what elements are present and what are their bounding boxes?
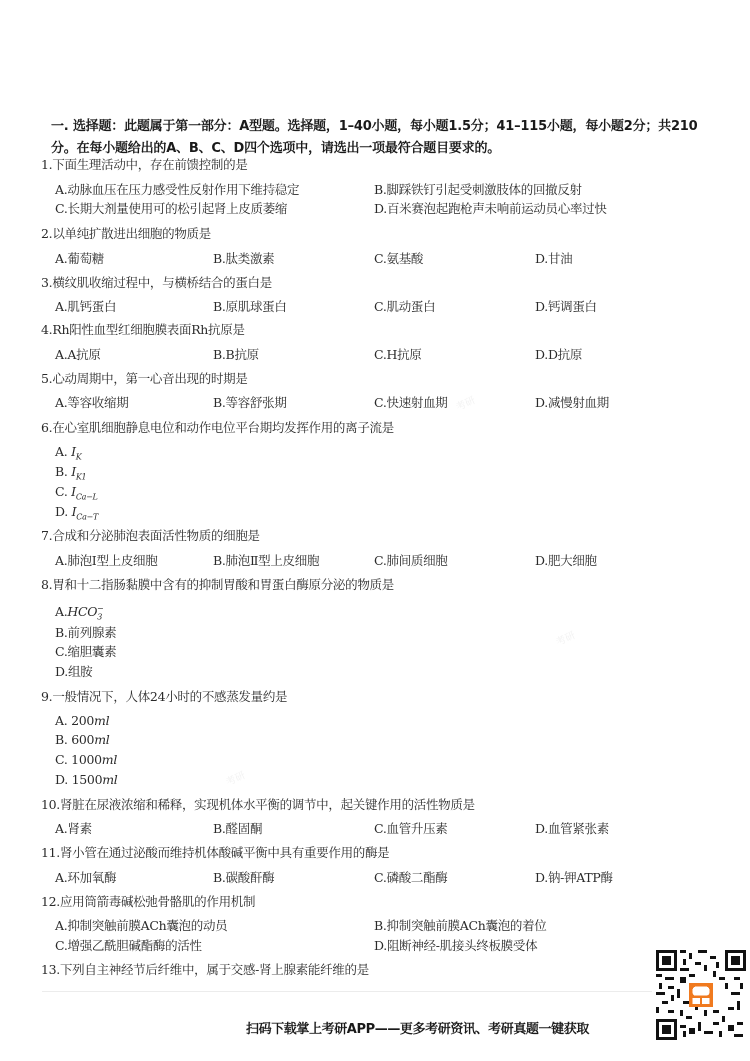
q8-option-a: A.HCO3− [55,600,103,627]
watermark: 考研 [553,626,577,648]
math-symbol: HCO [67,604,97,619]
question-1-stem: 1.下面生理活动中，存在前馈控制的是 [41,156,248,174]
footer-promo-text: 扫码下载掌上考研APP——更多考研资讯、考研真题一键获取 [246,1018,589,1037]
option-prefix: B. [55,464,71,479]
option-prefix: A. [55,604,67,619]
math-subscript: Ca−L [76,493,98,502]
q4-option-a: A.A抗原 [55,346,101,364]
q9-option-b: B. 600ml [55,731,109,749]
question-11-stem: 11.肾小管在通过泌酸而维持机体酸碱平衡中具有重要作用的酶是 [41,844,389,862]
question-12-stem: 12.应用筒箭毒碱松弛骨骼肌的作用机制 [41,893,255,911]
q9-option-d: D. 1500ml [55,771,118,789]
qr-code[interactable] [655,950,747,1040]
option-prefix: B. [55,732,71,747]
section-header: 一. 选择题：此题属于第一部分：A型题。选择题，1–40小题，每小题1.5分；4… [51,116,721,160]
watermark: 考研 [453,391,477,413]
q11-option-a: A.环加氧酶 [55,869,116,887]
math-superscript: − [97,604,103,613]
option-unit: ml [94,732,109,747]
question-8-stem: 8.胃和十二指肠黏膜中含有的抑制胃酸和胃蛋白酶原分泌的物质是 [41,576,394,594]
q3-option-a: A.肌钙蛋白 [55,298,116,316]
q4-option-b: B.B抗原 [213,346,259,364]
q8-option-d: D.组胺 [55,663,92,681]
option-prefix: C. [55,752,71,767]
q11-option-c: C.磷酸二酯酶 [374,869,448,887]
option-prefix: A. [55,713,71,728]
option-prefix: C. [55,484,71,499]
q1-option-b: B.脚踩铁钉引起受刺激肢体的回撤反射 [374,181,582,199]
q2-option-a: A.葡萄糖 [55,250,104,268]
q8-option-b: B.前列腺素 [55,624,116,642]
q5-option-d: D.减慢射血期 [535,394,609,412]
q5-option-c: C.快速射血期 [374,394,448,412]
q12-option-a: A.抑制突触前膜ACh囊泡的动员 [55,917,227,935]
question-2-stem: 2.以单纯扩散进出细胞的物质是 [41,225,211,243]
question-6-stem: 6.在心室肌细胞静息电位和动作电位平台期均发挥作用的离子流是 [41,419,394,437]
question-10-stem: 10.肾脏在尿液浓缩和稀释，实现机体水平衡的调节中，起关键作用的活性物质是 [41,796,475,814]
math-subscript: K1 [76,473,86,482]
q6-option-d: D. ICa−T [55,503,98,527]
q9-option-c: C. 1000ml [55,751,117,769]
q11-option-b: B.碳酸酐酶 [213,869,274,887]
question-5-stem: 5.心动周期中，第一心音出现的时期是 [41,370,248,388]
q3-option-c: C.肌动蛋白 [374,298,435,316]
q12-option-c: C.增强乙酰胆碱酯酶的活性 [55,937,202,955]
q7-option-a: A.肺泡Ⅰ型上皮细胞 [55,552,157,570]
option-value: 1500 [72,772,103,787]
math-subscript: 3 [97,613,102,622]
question-3-stem: 3.横纹肌收缩过程中，与横桥结合的蛋白是 [41,274,272,292]
question-4-stem: 4.Rh阳性血型红细胞膜表面Rh抗原是 [41,321,245,339]
q1-option-a: A.动脉血压在压力感受性反射作用下维持稳定 [55,181,299,199]
section-header-line-1: 一. 选择题：此题属于第一部分：A型题。选择题，1–40小题，每小题1.5分；4… [51,116,721,138]
option-prefix: A. [55,444,71,459]
q4-option-d: D.D抗原 [535,346,582,364]
option-value: 200 [71,713,94,728]
question-7-stem: 7.合成和分泌肺泡表面活性物质的细胞是 [41,527,260,545]
math-subscript: K [76,453,82,462]
q4-option-c: C.H抗原 [374,346,422,364]
q10-option-b: B.醛固酮 [213,820,262,838]
option-value: 600 [71,732,94,747]
q7-option-c: C.肺间质细胞 [374,552,448,570]
q10-option-c: C.血管升压素 [374,820,448,838]
question-9-stem: 9.一般情况下，人体24小时的不感蒸发量约是 [41,688,287,706]
option-unit: ml [94,713,109,728]
option-unit: ml [102,772,117,787]
option-prefix: D. [55,504,72,519]
q5-option-b: B.等容舒张期 [213,394,287,412]
footer-divider [42,991,652,992]
q10-option-a: A.肾素 [55,820,92,838]
q2-option-d: D.甘油 [535,250,572,268]
q10-option-d: D.血管紧张素 [535,820,609,838]
option-unit: ml [102,752,117,767]
q9-option-a: A. 200ml [55,712,109,730]
q5-option-a: A.等容收缩期 [55,394,128,412]
q1-option-d: D.百米赛泡起跑枪声未响前运动员心率过快 [374,200,607,218]
q12-option-b: B.抑制突触前膜ACh囊泡的着位 [374,917,547,935]
math-subscript: Ca−T [76,513,98,522]
q11-option-d: D.钠-钾ATP酶 [535,869,613,887]
q1-option-c: C.长期大剂量使用可的松引起肾上皮质萎缩 [55,200,287,218]
watermark: 考研 [223,766,247,788]
q8-option-c: C.缩胆囊素 [55,643,116,661]
q12-option-d: D.阻断神经-肌接头终板膜受体 [374,937,537,955]
option-value: 1000 [71,752,102,767]
q7-option-d: D.肥大细胞 [535,552,597,570]
q7-option-b: B.肺泡Ⅱ型上皮细胞 [213,552,319,570]
option-prefix: D. [55,772,72,787]
qr-code-icon [655,950,747,1040]
question-13-stem: 13.下列自主神经节后纤维中，属于交感-肾上腺素能纤维的是 [41,961,369,979]
q2-option-c: C.氨基酸 [374,250,423,268]
q3-option-b: B.原肌球蛋白 [213,298,287,316]
q3-option-d: D.钙调蛋白 [535,298,597,316]
q2-option-b: B.肽类激素 [213,250,274,268]
